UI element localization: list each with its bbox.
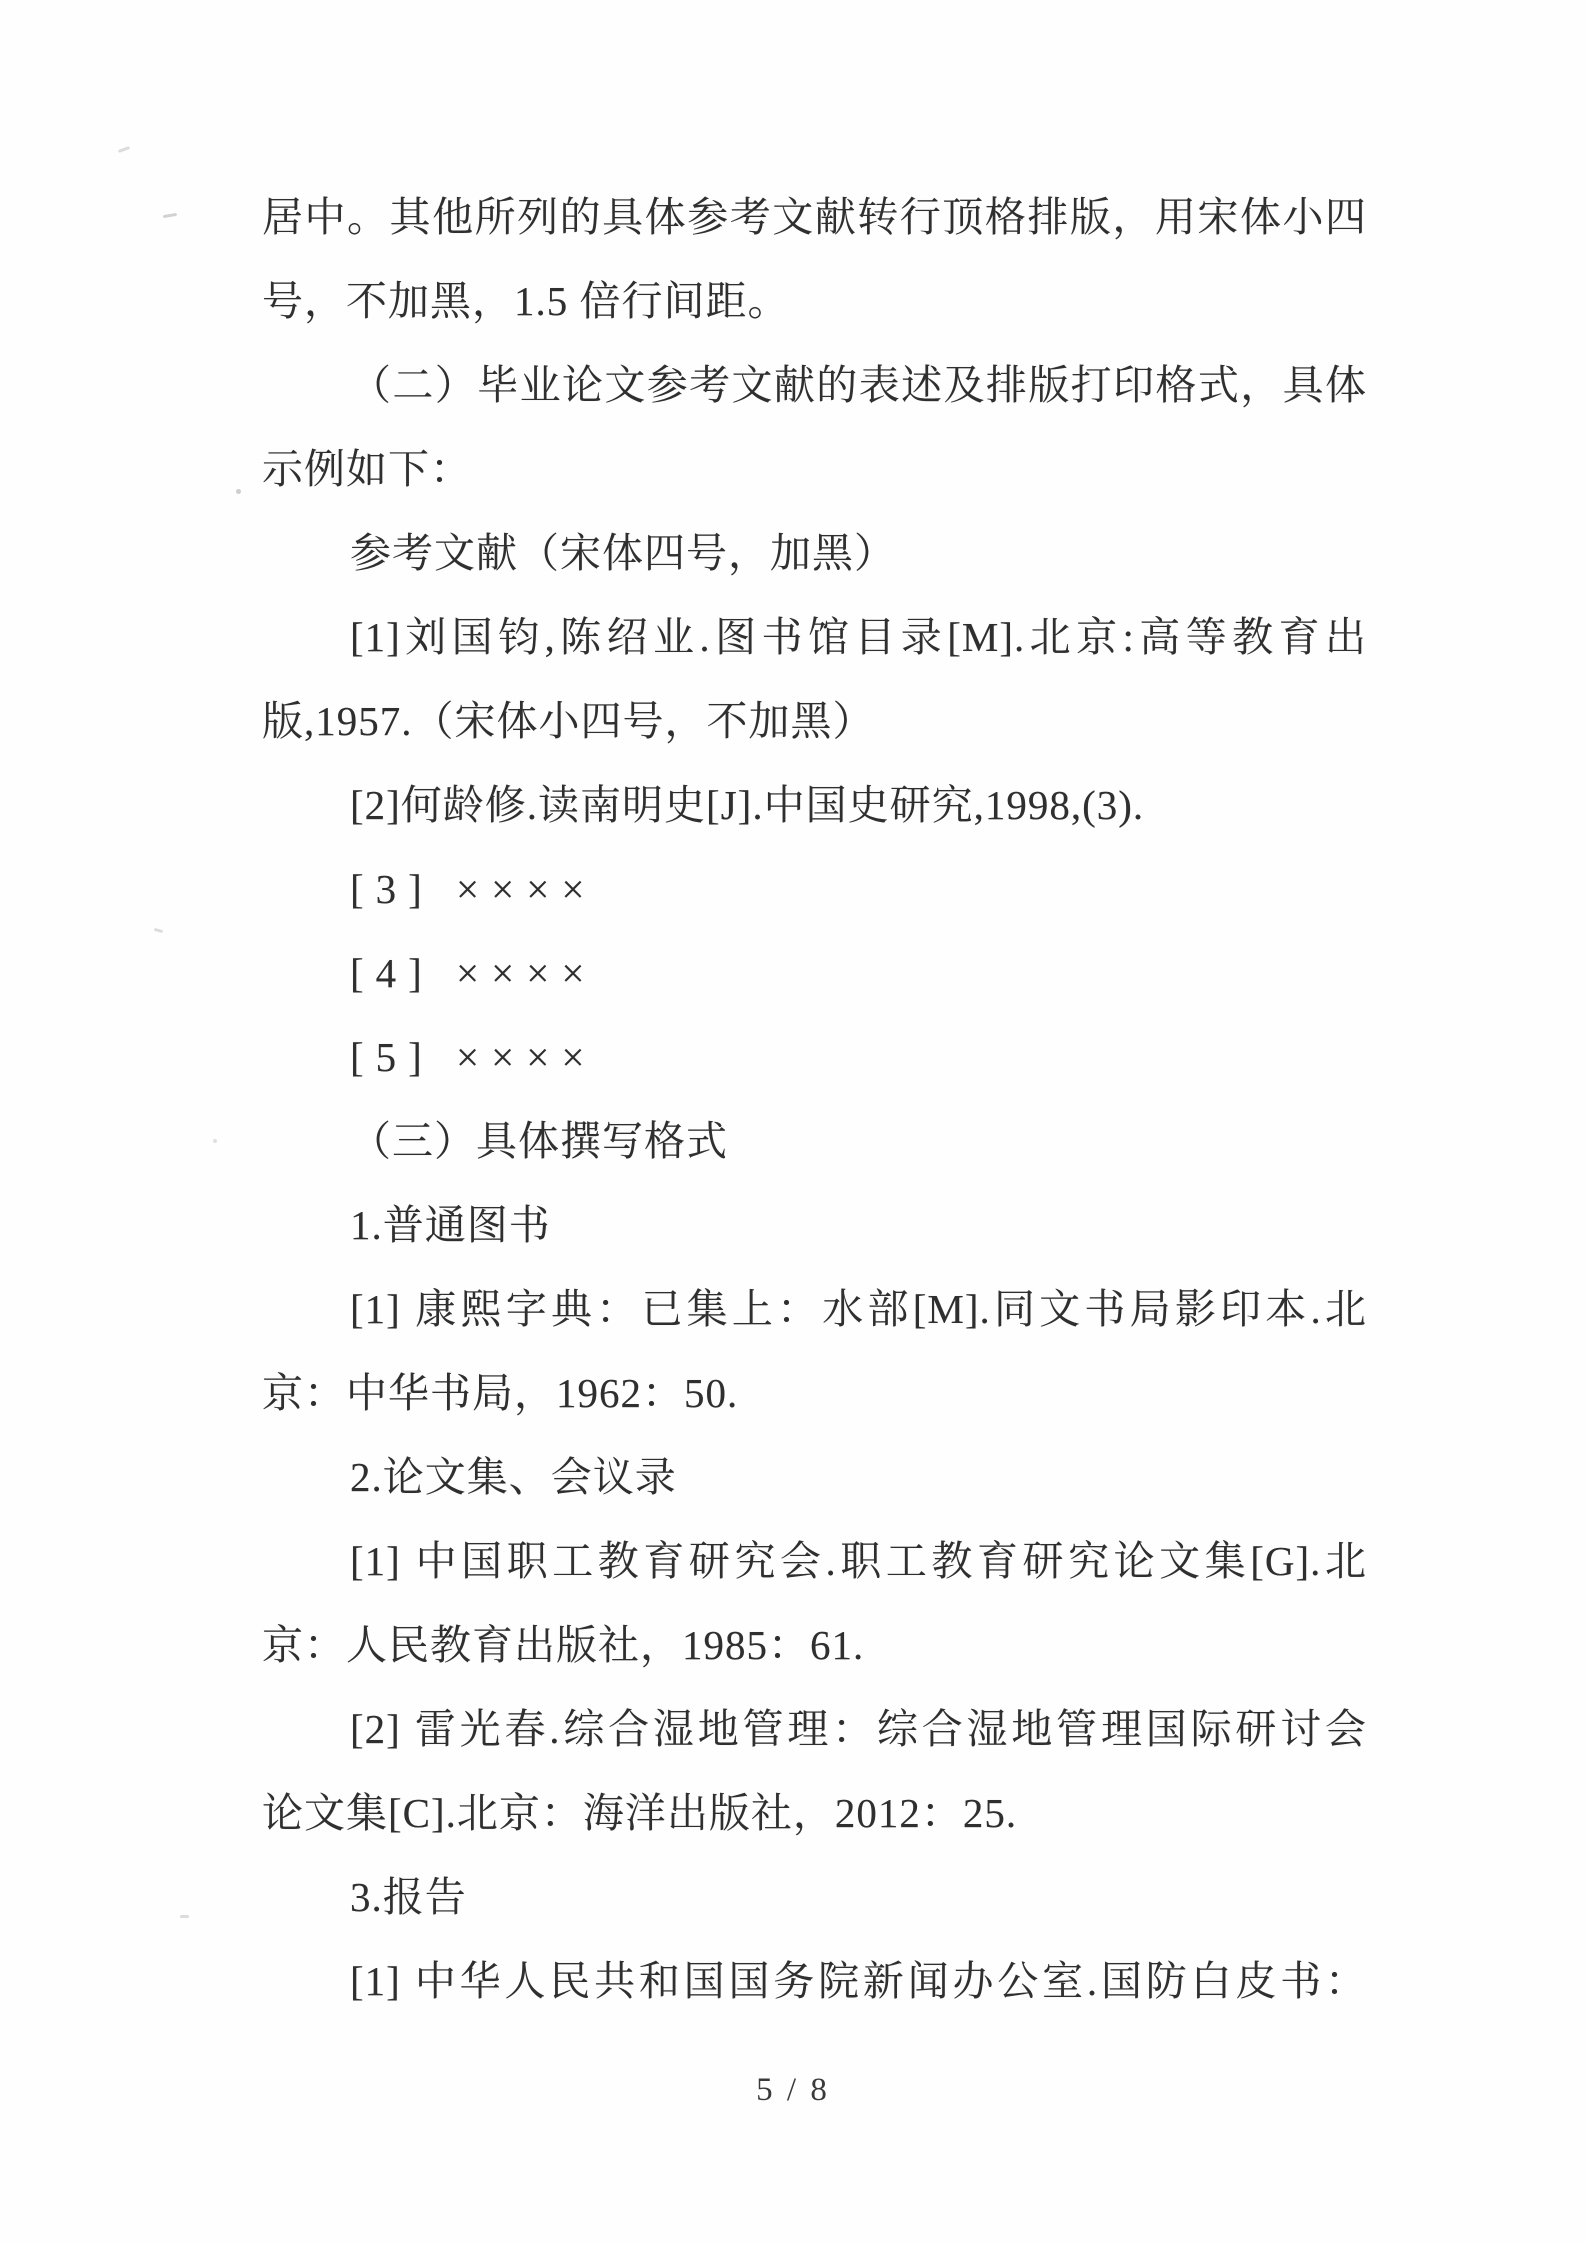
references-title: 参考文献（宋体四号，加黑） [262, 511, 1367, 595]
section-heading-3: （三）具体撰写格式 [262, 1099, 1367, 1183]
reference-line: [1] 中华人民共和国国务院新闻办公室.国防白皮书： [262, 1939, 1367, 2023]
page-number: 5 / 8 [0, 2072, 1586, 2109]
text-line-wrap: 居中。其他所列的具体参考文献转行顶格排版，用宋体小四 [262, 175, 1367, 259]
reference-placeholder: [5] ×××× [262, 1015, 1367, 1099]
reference-line-wrap: 论文集[C].北京：海洋出版社，2012：25. [262, 1771, 1367, 1855]
scan-speck [180, 1915, 189, 1918]
scan-speck [213, 1139, 217, 1143]
scan-speck [163, 213, 177, 218]
reference-line: [2]何龄修.读南明史[J].中国史研究,1998,(3). [262, 763, 1367, 847]
text-line-wrap: 示例如下： [262, 427, 1367, 511]
reference-line: [1] 中国职工教育研究会.职工教育研究论文集[G].北 [262, 1519, 1367, 1603]
scan-speck [118, 146, 130, 153]
subsection-2-proceedings: 2.论文集、会议录 [262, 1435, 1367, 1519]
scan-speck [236, 489, 241, 494]
document-text: 居中。其他所列的具体参考文献转行顶格排版，用宋体小四 号，不加黑，1.5 倍行间… [262, 175, 1367, 2023]
reference-line-wrap: 版,1957.（宋体小四号，不加黑） [262, 679, 1367, 763]
reference-line: [1] 康熙字典：已集上：水部[M].同文书局影印本.北 [262, 1267, 1367, 1351]
scan-speck [154, 928, 163, 933]
reference-line-wrap: 京：人民教育出版社，1985：61. [262, 1603, 1367, 1687]
reference-line: [2] 雷光春.综合湿地管理：综合湿地管理国际研讨会 [262, 1687, 1367, 1771]
text-line-wrap: 号，不加黑，1.5 倍行间距。 [262, 259, 1367, 343]
subsection-3-reports: 3.报告 [262, 1855, 1367, 1939]
reference-placeholder: [4] ×××× [262, 931, 1367, 1015]
section-heading-2: （二）毕业论文参考文献的表述及排版打印格式，具体 [262, 343, 1367, 427]
subsection-1-books: 1.普通图书 [262, 1183, 1367, 1267]
reference-line: [1]刘国钧,陈绍业.图书馆目录[M].北京:高等教育出 [262, 595, 1367, 679]
document-page: 居中。其他所列的具体参考文献转行顶格排版，用宋体小四 号，不加黑，1.5 倍行间… [0, 0, 1586, 2242]
reference-placeholder: [3] ×××× [262, 847, 1367, 931]
reference-line-wrap: 京：中华书局，1962：50. [262, 1351, 1367, 1435]
